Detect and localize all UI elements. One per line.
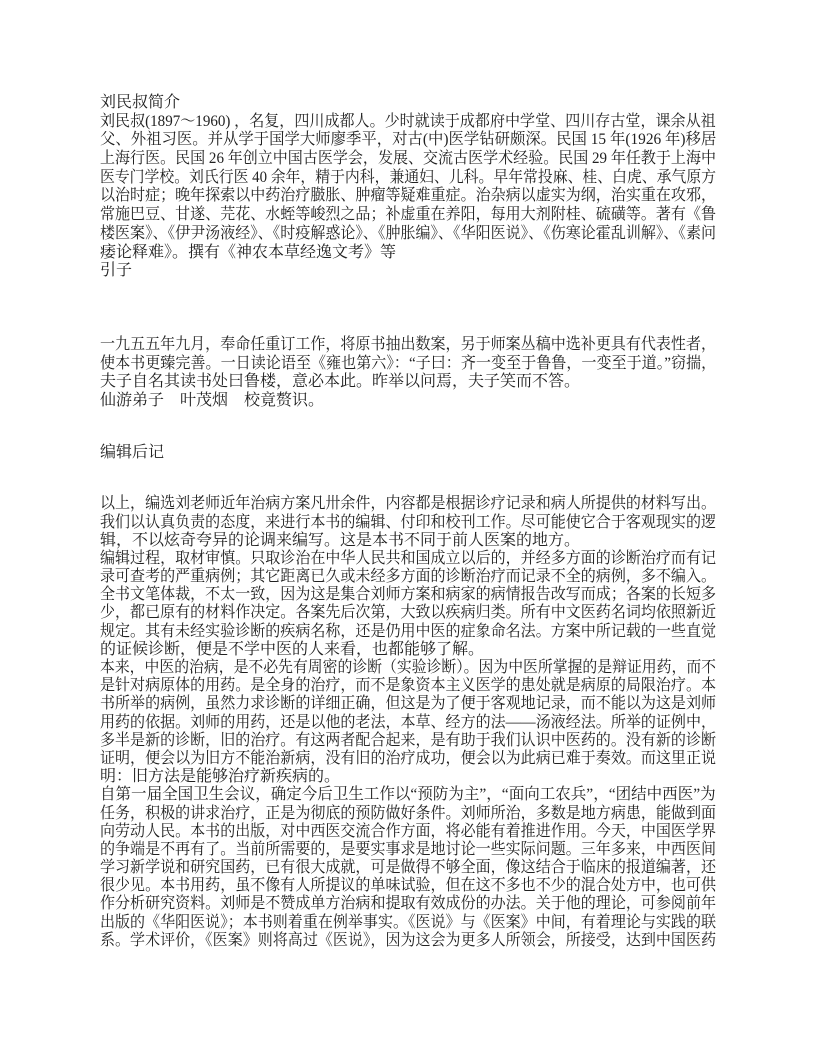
afterword-heading-block: 编辑后记 [100, 444, 716, 463]
text-line: 辑，不以炫奇夸异的论调来编写。这是本书不同于前人医案的地方。 [100, 532, 716, 550]
text-line: 录可查考的严重病例；其它距离已久或未经多方面的诊断治疗而记录不全的病例，多不编入… [100, 568, 678, 586]
document-content: 刘民叔简介刘民叔(1897～1960) ，名复，四川成都人。少时就读于成都府中学… [100, 94, 716, 950]
document-page: 刘民叔简介刘民叔(1897～1960) ，名复，四川成都人。少时就读于成都府中学… [0, 0, 816, 1056]
text-line: 编辑过程，取材审慎。只取诊治在中华人民共和国成立以后的，并经多方面的诊断治疗而有… [100, 550, 678, 568]
text-line: 学习新学说和研究国药，已有很大成就，可是做得不够全面，像这结合于临床的报道编著，… [100, 859, 678, 877]
text-line: 本来，中医的治病，是不必先有周密的诊断（实验诊断）。因为中医所掌握的是辩证用药，… [100, 659, 671, 677]
text-line: 楼医案》、《伊尹汤液经》、《时疫解惑论》、《肿胀编》、《华阳医说》、《伤寒论霍乱… [100, 225, 678, 244]
afterword-body: 以上，编选刘老师近年治病方案凡卅余件，内容都是根据诊疗记录和病人所提供的材料写出… [100, 495, 716, 950]
text-line: 刘民叔(1897～1960) ，名复，四川成都人。少时就读于成都府中学堂、四川存… [100, 113, 679, 132]
text-line: 夫子自名其读书处曰鲁楼，意必本此。昨举以问焉，夫子笑而不答。 [100, 373, 716, 392]
text-line: 以治时症；晚年探索以中药治疗臌胀、肿瘤等疑难重症。治杂病以虚实为纲，治实重在攻邪… [100, 187, 678, 206]
text-line: 的争端是不再有了。当前所需要的，是要实事求是地讨论一些实际问题。三年多来，中西医… [100, 841, 678, 859]
text-line: 常施巴豆、甘遂、芫花、水蛭等峻烈之品；补虚重在养阳，每用大剂附桂、硫磺等。著有《… [100, 206, 678, 225]
text-line: 书所举的病例，虽然力求诊断的详细正确，但这是为了便于客观地记录，而不能以为这是刘… [100, 695, 678, 713]
heading-liu-minshu-bio: 刘民叔简介 [100, 94, 716, 113]
heading-editors-afterword: 编辑后记 [100, 444, 716, 463]
text-line: 使本书更臻完善。一日读论语至《雍也第六》：“子曰：齐一变至于鲁鲁，一变至于道。”… [100, 355, 680, 374]
text-line: 证明，便会以为旧方不能治新病，没有旧的治疗成功，便会以为此病已难于奏效。而这里正… [100, 750, 678, 768]
heading-yinzi: 引子 [100, 262, 716, 281]
text-line: 的证候诊断，便是不学中医的人来看，也都能够了解。 [100, 641, 716, 659]
text-line: 很少见。本书用药，虽不像有人所提议的单味试验，但在这不多也不少的混合处方中，也可… [100, 877, 678, 895]
text-line: 我们以认真负责的态度，来进行本书的编辑、付印和校刊工作。尽可能使它合于客观现实的… [100, 514, 678, 532]
text-line: 规定。其有未经实验诊断的疾病名称，还是仍用中医的症象命名法。方案中所记载的一些直… [100, 623, 678, 641]
intro-section: 刘民叔简介刘民叔(1897～1960) ，名复，四川成都人。少时就读于成都府中学… [100, 94, 716, 281]
text-line: 医专门学校。刘氏行医 40 余年，精于内科，兼通妇、儿科。早年常投麻、桂、白虎、… [100, 169, 671, 188]
text-line: 一九五五年九月，奉命任重订工作，将原书抽出数案，另于师案丛稿中选补更具有代表性者… [100, 336, 678, 355]
text-line: 明：旧方法是能够治疗新疾病的。 [100, 768, 716, 786]
text-line: 任务，积极的讲求治疗，正是为彻底的预防做好条件。刘师所治，多数是地方病患，能做到… [100, 805, 678, 823]
text-line: 系。学术评价，《医案》则将高过《医说》，因为这会为更多人所领会，所接受，达到中国… [100, 932, 678, 950]
text-line: 出版的《华阳医说》；本书则着重在例举事实。《医说》与《医案》中间，有着理论与实践… [100, 914, 678, 932]
yinzi-text: 一九五五年九月，奉命任重订工作，将原书抽出数案，另于师案丛稿中选补更具有代表性者… [100, 336, 716, 411]
signature-line: 仙游弟子 叶茂烟 校竟赘识。 [100, 392, 716, 411]
text-line: 自第一届全国卫生会议，确定今后卫生工作以“预防为主”，“面向工农兵”，“团结中西… [100, 786, 698, 804]
text-line: 是针对病原体的用药。是全身的治疗，而不是象资本主义医学的患处就是病原的局限治疗。… [100, 677, 678, 695]
text-line: 以上，编选刘老师近年治病方案凡卅余件，内容都是根据诊疗记录和病人所提供的材料写出… [100, 495, 678, 513]
text-line: 作分析研究资料。刘师是不赞成单方治病和提取有效成份的办法。关于他的理论，可参阅前… [100, 895, 678, 913]
text-line: 全书文笔体裁，不太一致，因为这是集合刘师方案和病家的病情报告改写而成；各案的长短… [100, 586, 678, 604]
text-line: 向劳动人民。本书的出版，对中西医交流合作方面，将必能有着推进作用。今天，中国医学… [100, 823, 678, 841]
text-line: 上海行医。民国 26 年创立中国古医学会，发展、交流古医学术经验。民国 29 年… [100, 150, 678, 169]
text-line: 痿论释难》。撰有《神农本草经逸文考》等 [100, 244, 716, 263]
text-line: 多半是新的诊断，旧的治疗。有这两者配合起来，是有助于我们认识中医药的。没有新的诊… [100, 732, 678, 750]
text-line: 父、外祖习医。并从学于国学大师廖季平，对古(中)医学钻研颇深。民国 15 年(1… [100, 131, 692, 150]
text-line: 少，都已原有的材料作决定。各案先后次第，大致以疾病归类。所有中文医药名词均依照新… [100, 604, 678, 622]
text-line: 用药的依据。刘师的用药，还是以他的老法，本草、经方的法——汤液经法。所举的证例中… [100, 714, 678, 732]
